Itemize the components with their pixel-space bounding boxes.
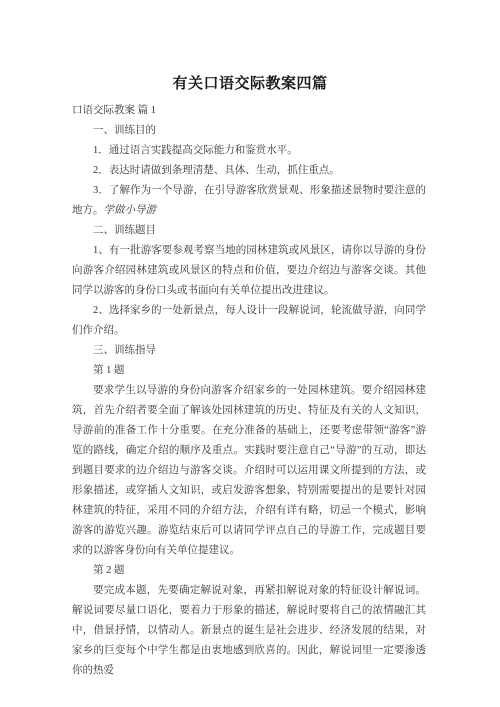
paragraph: 二、训练题目 xyxy=(72,221,426,241)
paragraph: 2、选择家乡的一处新景点，每人设计一段解说词，轮流做导游，向同学们作介绍。 xyxy=(72,301,426,341)
paragraph: 2．表达时请做到条理清楚、具体、生动，抓住重点。 xyxy=(72,161,426,181)
paragraph: 1．通过语言实践提高交际能力和鉴赏水平。 xyxy=(72,141,426,161)
paragraph: 三、训练指导 xyxy=(72,341,426,361)
emphasized-text: 学做小导游 xyxy=(104,205,157,216)
paragraph: 3．了解作为一个导游，在引导游客欣赏景观、形象描述景物时要注意的地方。学做小导游 xyxy=(72,181,426,221)
paragraph: 第 2 题 xyxy=(72,561,426,581)
paragraph: 第 1 题 xyxy=(72,361,426,381)
paragraph: 要求学生以导游的身份向游客介绍家乡的一处园林建筑。要介绍园林建筑，首先介绍者要全… xyxy=(72,381,426,561)
document-title: 有关口语交际教案四篇 xyxy=(0,74,500,94)
paragraph: 口语交际教案 篇 1 xyxy=(72,101,426,121)
document-body: 口语交际教案 篇 1一、训练目的1．通过语言实践提高交际能力和鉴赏水平。2．表达… xyxy=(72,101,426,681)
paragraph: 1、有一批游客要参观考察当地的园林建筑或风景区，请你以导游的身份向游客介绍园林建… xyxy=(72,241,426,301)
paragraph: 要完成本题，先要确定解说对象，再紧扣解说对象的特征设计解说词。解说词要尽量口语化… xyxy=(72,581,426,681)
document-page: 有关口语交际教案四篇 口语交际教案 篇 1一、训练目的1．通过语言实践提高交际能… xyxy=(0,0,500,707)
paragraph: 一、训练目的 xyxy=(72,121,426,141)
